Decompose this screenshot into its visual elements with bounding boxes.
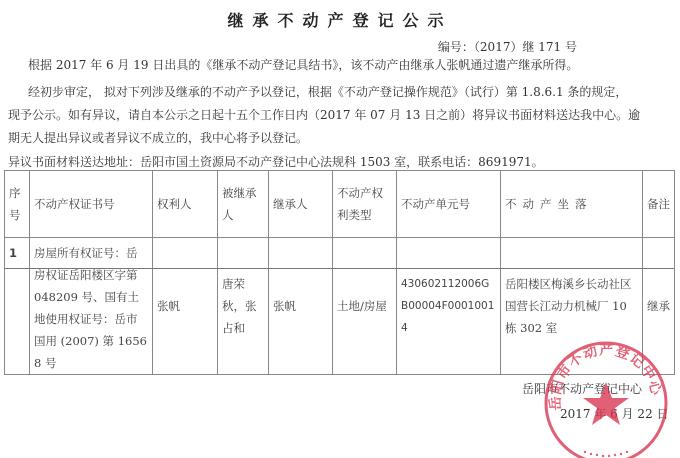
header-cert-no: 不动产权证书号 <box>30 171 153 238</box>
cell-right-type: 土地/房屋 <box>333 238 397 375</box>
header-location: 不动产坐落 <box>501 171 643 238</box>
official-seal-icon: 岳阳市不动产登记中心 <box>543 340 669 458</box>
paragraph-objection-period: 现予公示。如有异议，请自本公示之日起十五个工作日内（2017 年 07 月 13… <box>8 106 640 123</box>
header-decedent: 被继承人 <box>218 171 269 238</box>
cell-heir: 张帆 <box>269 238 333 375</box>
table-header-row: 序号 不动产权证书号 权利人 被继承人 继承人 不动产权利类型 不动产单元号 不… <box>5 171 675 238</box>
document-title: 继承不动产登记公示 <box>0 8 680 31</box>
cell-unit-no: 430602112006GB00004F00010014 <box>397 238 501 375</box>
header-heir: 继承人 <box>269 171 333 238</box>
paragraph-registration-note: 期无人提出异议或者异议不成立的，我中心将予以登记。 <box>8 129 308 146</box>
paragraph-review: 经初步审定， 拟对下列涉及继承的不动产予以登记，根据《不动产登记操作规范》（试行… <box>28 83 627 100</box>
table-row-divider <box>4 268 674 269</box>
paragraph-basis: 根据 2017 年 6 月 19 日出具的《继承不动产登记具结书》，该不动产由继… <box>28 56 578 73</box>
cell-owner: 张帆 <box>153 238 218 375</box>
paragraph-contact-address: 异议书面材料送达地址：岳阳市国土资源局不动产登记中心法规科 1503 室，联系电… <box>8 153 544 170</box>
document-number: 编号：（2017）继 171 号 <box>438 38 577 55</box>
header-remark: 备注 <box>643 171 675 238</box>
cell-decedent: 唐荣秋，张占和 <box>218 238 269 375</box>
cell-cert-no: 房屋所有权证号：岳房权证岳阳楼区字第 048209 号、国有土地使用权证号：岳市… <box>30 238 153 375</box>
cell-seq: 1 <box>5 238 30 375</box>
header-seq: 序号 <box>5 171 30 238</box>
header-unit-no: 不动产单元号 <box>397 171 501 238</box>
header-right-type: 不动产权利类型 <box>333 171 397 238</box>
header-owner: 权利人 <box>153 171 218 238</box>
